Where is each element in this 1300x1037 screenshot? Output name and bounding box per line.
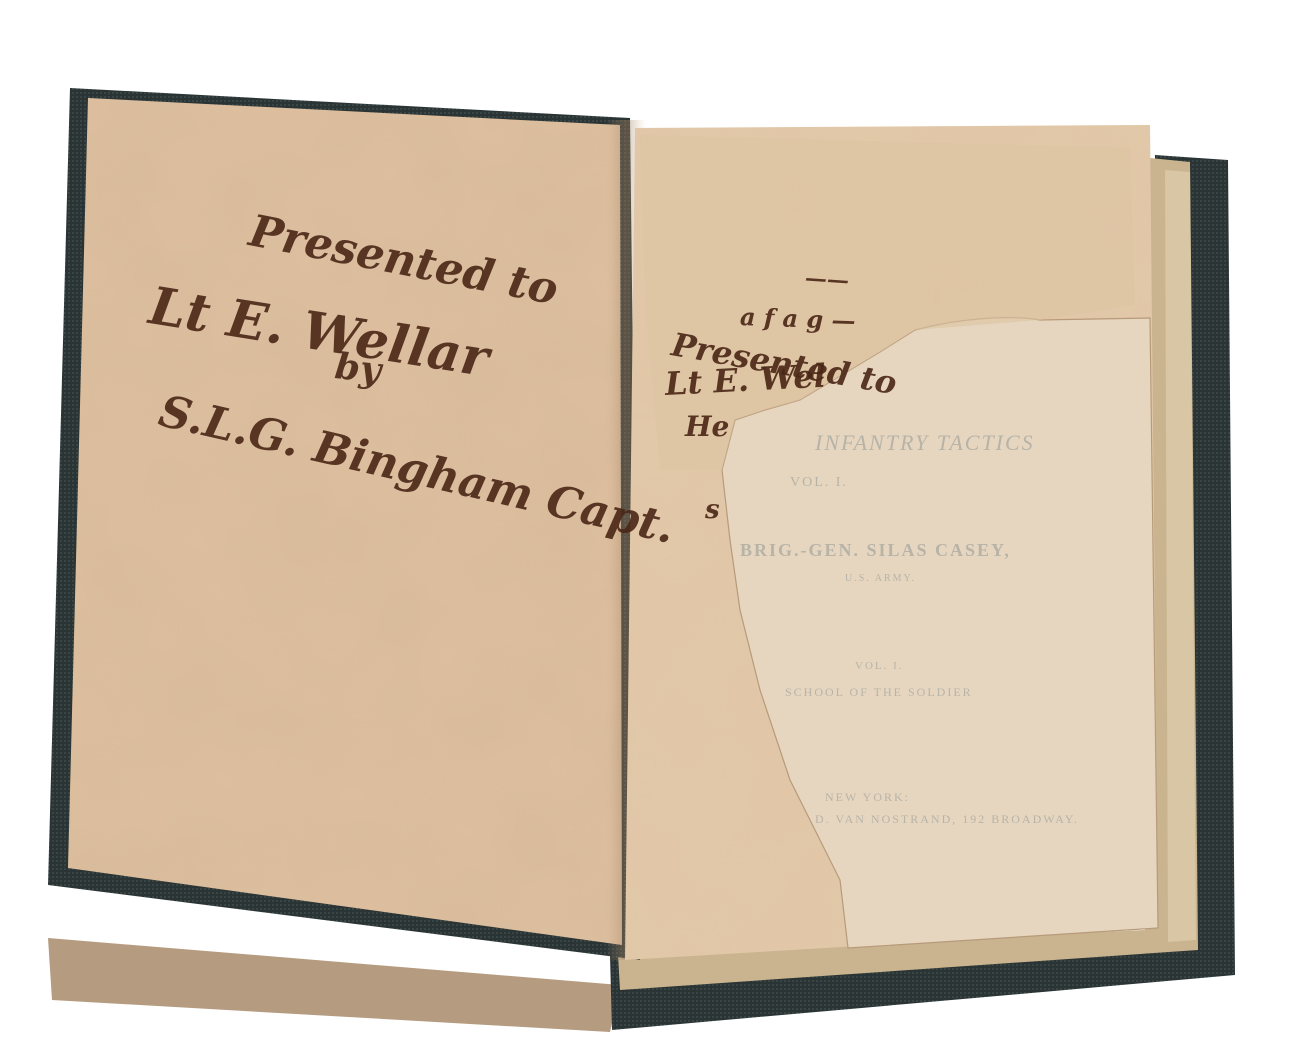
book-photo: Presented to Lt E. Wellar by S.L.G. Bing… (0, 0, 1300, 1037)
print-volume: Vol. I. (790, 475, 848, 491)
print-author: Brig.-Gen. Silas Casey, (740, 540, 1011, 561)
handwriting-line-5: s (705, 495, 720, 525)
handwriting-line-4: He (685, 410, 729, 443)
handwriting-struck-line: —— (804, 265, 850, 294)
print-city: New York: (825, 790, 910, 805)
inscription-line-by: by (333, 345, 383, 392)
print-author-rank: U.S. Army. (845, 573, 916, 584)
book-shadow (48, 938, 620, 1032)
handwriting-line-1: a f a g — (739, 302, 856, 335)
print-volume-2: Vol. I. (855, 660, 904, 672)
print-subtitle: School of the Soldier (785, 685, 973, 700)
print-publisher: D. Van Nostrand, 192 Broadway. (815, 812, 1079, 827)
print-title: Infantry Tactics (815, 430, 1035, 456)
